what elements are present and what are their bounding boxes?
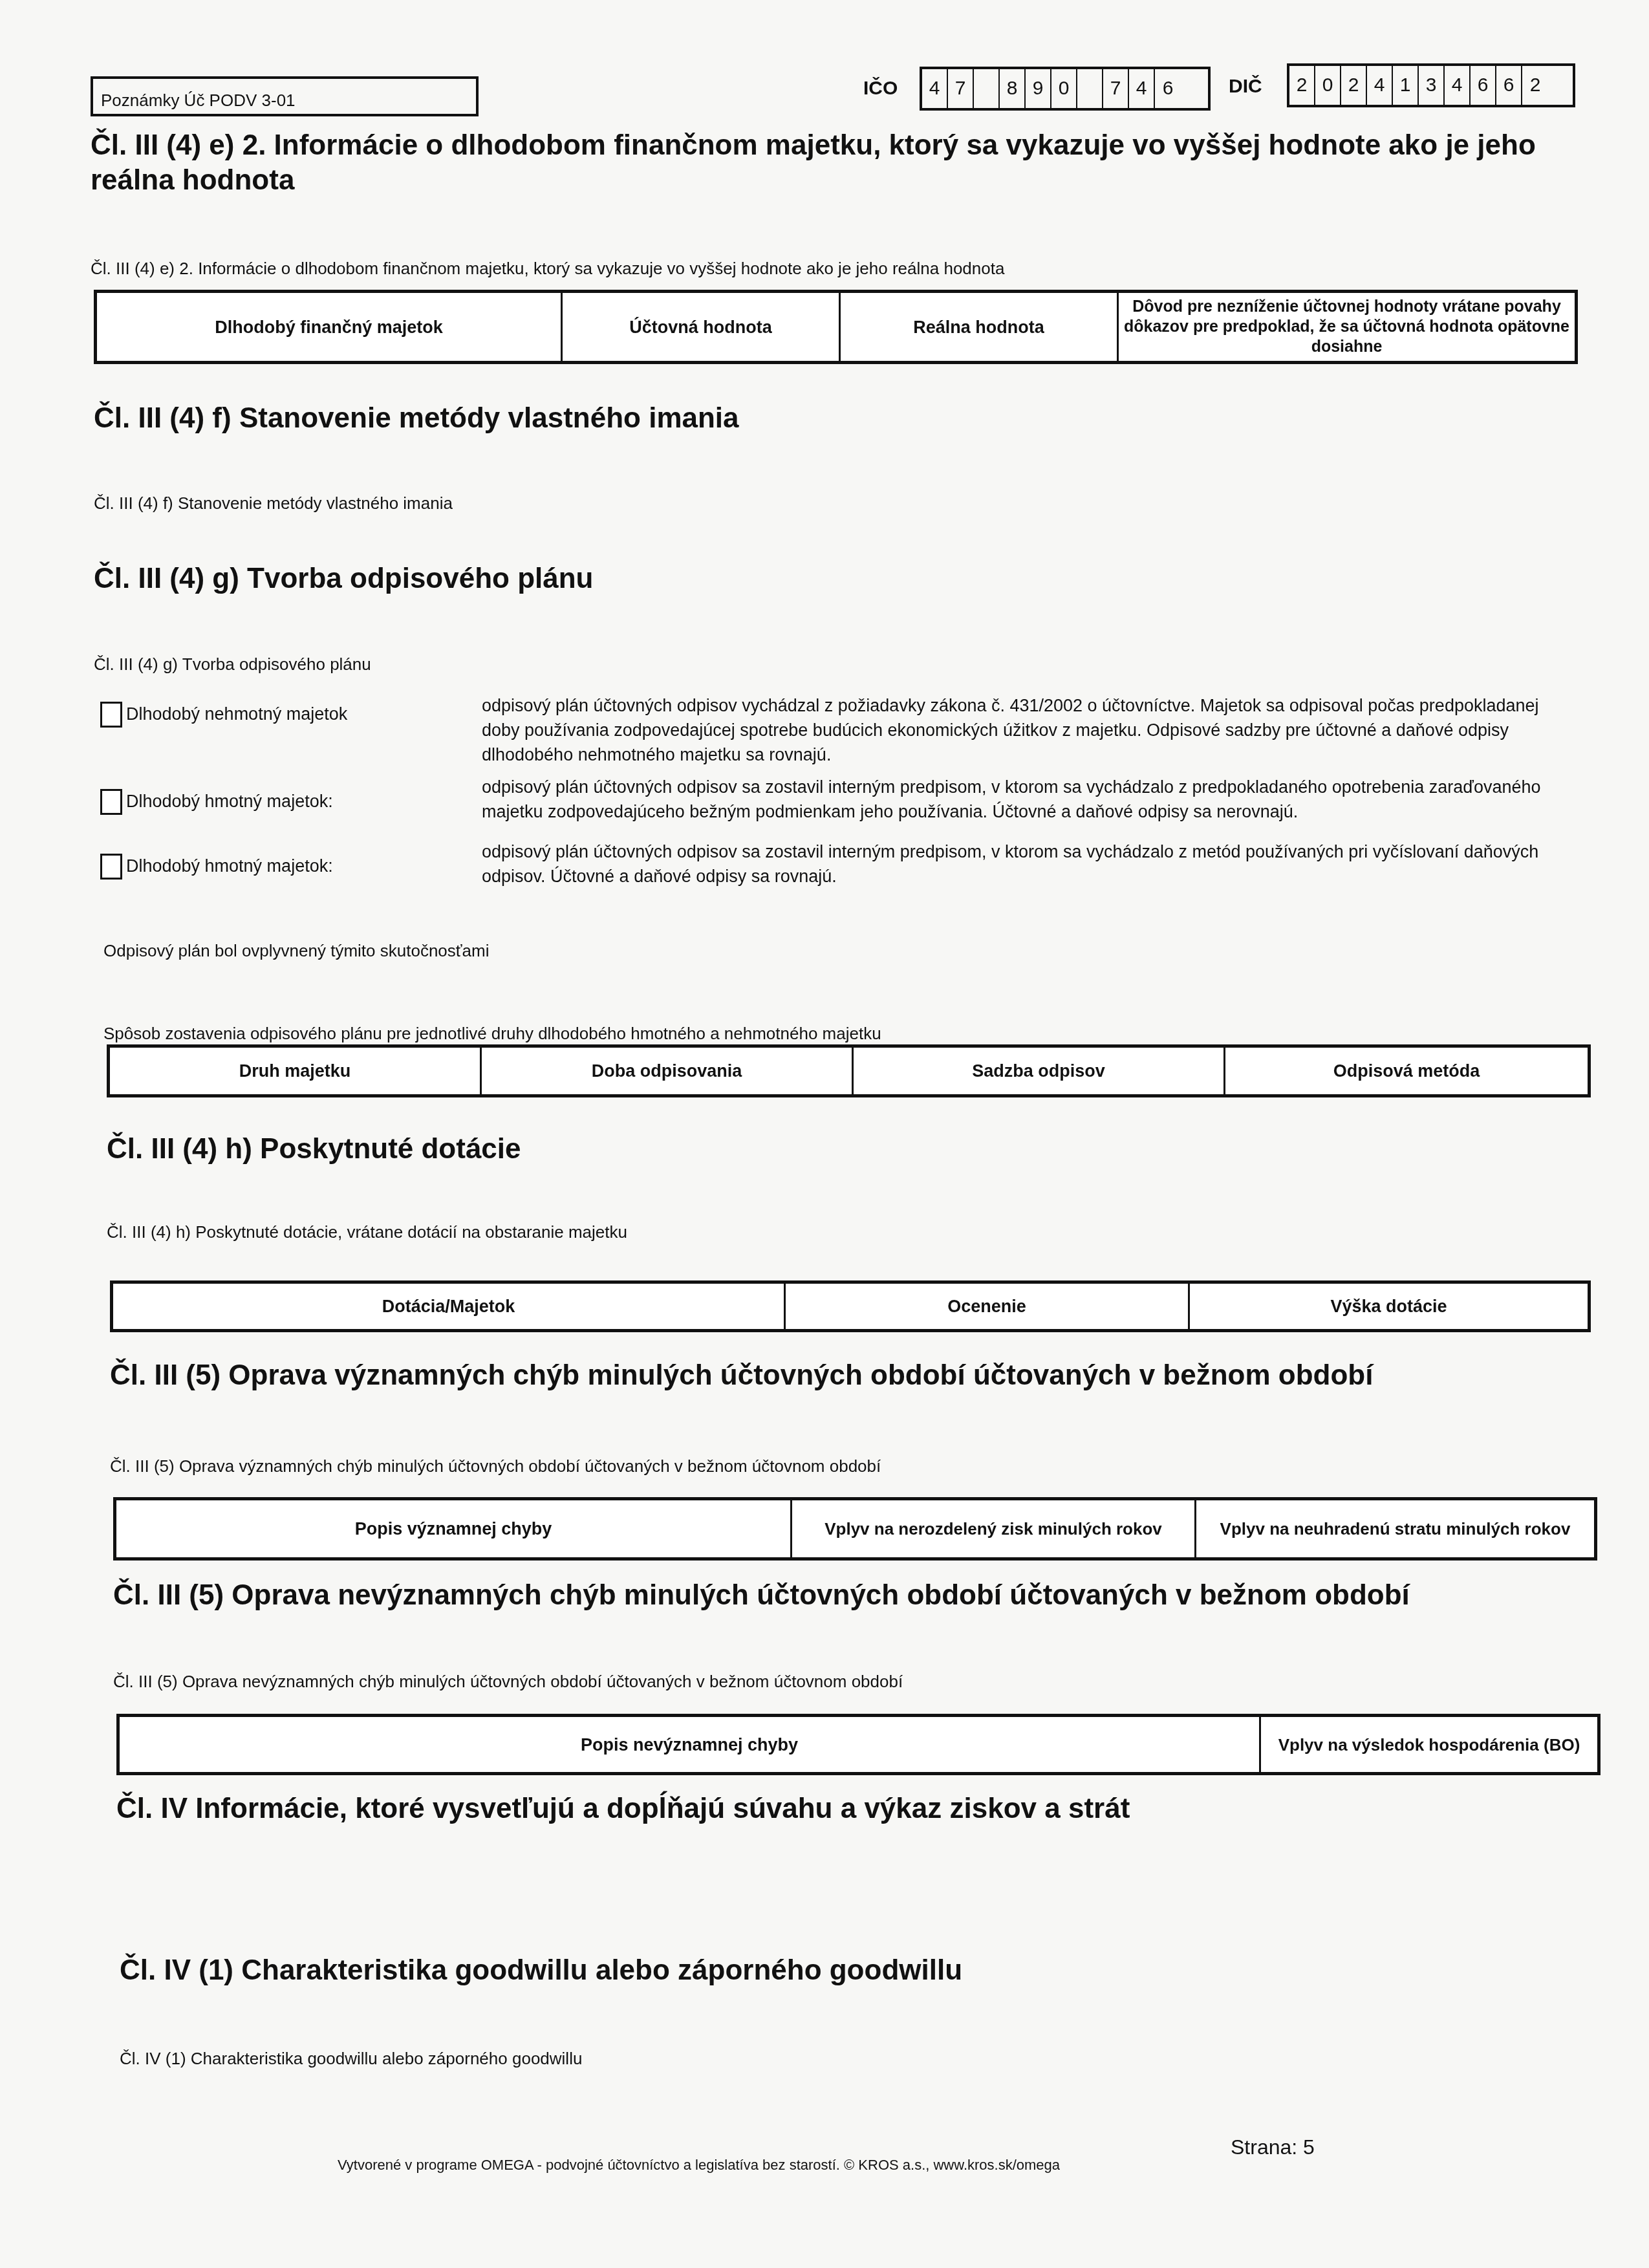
column-header: Doba odpisovania <box>482 1048 854 1094</box>
dic-label: DIČ <box>1229 76 1262 98</box>
section-title-significant-errors: Čl. III (5) Oprava významných chýb minul… <box>110 1358 1597 1393</box>
ico-digit: 0 <box>1051 69 1077 108</box>
ico-digit: 7 <box>1103 69 1129 108</box>
section-title-iv1: Čl. IV (1) Charakteristika goodwillu ale… <box>120 1953 962 1988</box>
dic-digit: 6 <box>1471 66 1496 105</box>
ico-digit: 8 <box>1000 69 1026 108</box>
checkbox-label: Dlhodobý nehmotný majetok <box>126 702 347 724</box>
dic-digit: 1 <box>1393 66 1419 105</box>
checkbox-label: Dlhodobý hmotný majetok: <box>126 789 333 812</box>
column-header: Vplyv na neuhradenú stratu minulých roko… <box>1196 1500 1594 1557</box>
table-g-header: Druh majetku Doba odpisovania Sadzba odp… <box>107 1044 1591 1097</box>
depreciation-option-tangible-2[interactable]: Dlhodobý hmotný majetok: <box>100 854 333 880</box>
dic-digit: 0 <box>1315 66 1341 105</box>
ico-digit: 4 <box>1129 69 1155 108</box>
page-number: Strana: 5 <box>1231 2135 1315 2159</box>
depreciation-text: odpisový plán účtovných odpisov sa zosta… <box>482 839 1542 889</box>
section-caption-insignificant-errors: Čl. III (5) Oprava nevýznamných chýb min… <box>113 1672 903 1692</box>
section-caption-f: Čl. III (4) f) Stanovenie metódy vlastné… <box>94 493 453 513</box>
column-header: Vplyv na výsledok hospodárenia (BO) <box>1261 1717 1597 1772</box>
section-caption-e2: Čl. III (4) e) 2. Informácie o dlhodobom… <box>91 259 1004 279</box>
depreciation-text: odpisový plán účtovných odpisov sa zosta… <box>482 775 1542 824</box>
column-header: Dlhodobý finančný majetok <box>97 293 563 361</box>
dic-digit: 6 <box>1496 66 1522 105</box>
dic-field[interactable]: 2 0 2 4 1 3 4 6 6 2 <box>1287 63 1575 107</box>
column-header: Dôvod pre nezníženie účtovnej hodnoty vr… <box>1119 293 1575 361</box>
depreciation-option-tangible-1[interactable]: Dlhodobý hmotný majetok: <box>100 789 333 815</box>
checkbox[interactable] <box>100 854 122 880</box>
ico-digit: 9 <box>1026 69 1051 108</box>
ico-label: IČO <box>863 78 898 100</box>
dic-digit: 4 <box>1445 66 1471 105</box>
section-caption-h: Čl. III (4) h) Poskytnuté dotácie, vráta… <box>107 1222 627 1242</box>
influenced-label: Odpisový plán bol ovplyvnený týmito skut… <box>103 941 489 961</box>
section-title-g: Čl. III (4) g) Tvorba odpisového plánu <box>94 561 593 596</box>
column-header: Sadzba odpisov <box>854 1048 1225 1094</box>
ico-digit: 7 <box>948 69 974 108</box>
ico-digit: 6 <box>1155 69 1181 108</box>
column-header: Reálna hodnota <box>841 293 1119 361</box>
section-caption-significant-errors: Čl. III (5) Oprava významných chýb minul… <box>110 1456 881 1476</box>
form-code-box: Poznámky Úč PODV 3-01 <box>91 76 479 116</box>
section-caption-iv1: Čl. IV (1) Charakteristika goodwillu ale… <box>120 2049 582 2069</box>
section-title-e2: Čl. III (4) e) 2. Informácie o dlhodobom… <box>91 128 1584 198</box>
column-header: Dotácia/Majetok <box>113 1284 786 1329</box>
dic-digit: 4 <box>1367 66 1393 105</box>
column-header: Druh majetku <box>110 1048 482 1094</box>
depreciation-option-intangible[interactable]: Dlhodobý nehmotný majetok <box>100 702 347 728</box>
form-code: Poznámky Úč PODV 3-01 <box>101 91 296 110</box>
checkbox[interactable] <box>100 789 122 815</box>
column-header: Popis významnej chyby <box>116 1500 792 1557</box>
table-significant-errors-header: Popis významnej chyby Vplyv na nerozdele… <box>113 1497 1597 1561</box>
column-header: Vplyv na nerozdelený zisk minulých rokov <box>792 1500 1196 1557</box>
section-title-h: Čl. III (4) h) Poskytnuté dotácie <box>107 1132 521 1167</box>
section-title-f: Čl. III (4) f) Stanovenie metódy vlastné… <box>94 401 739 436</box>
dic-digit: 2 <box>1522 66 1548 105</box>
dic-digit: 3 <box>1419 66 1445 105</box>
column-header: Účtovná hodnota <box>563 293 841 361</box>
footer-credit: Vytvorené v programe OMEGA - podvojné úč… <box>338 2157 1060 2174</box>
method-caption: Spôsob zostavenia odpisového plánu pre j… <box>103 1024 881 1044</box>
ico-digit <box>1077 69 1103 108</box>
column-header: Ocenenie <box>786 1284 1190 1329</box>
column-header: Odpisová metóda <box>1225 1048 1588 1094</box>
depreciation-text: odpisový plán účtovných odpisov vychádza… <box>482 693 1542 767</box>
table-e2-header: Dlhodobý finančný majetok Účtovná hodnot… <box>94 290 1578 364</box>
ico-digit <box>974 69 1000 108</box>
ico-field[interactable]: 4 7 8 9 0 7 4 6 <box>920 67 1211 111</box>
checkbox[interactable] <box>100 702 122 728</box>
table-insignificant-errors-header: Popis nevýznamnej chyby Vplyv na výsledo… <box>116 1714 1600 1775</box>
column-header: Popis nevýznamnej chyby <box>120 1717 1261 1772</box>
section-title-iv: Čl. IV Informácie, ktoré vysvetľujú a do… <box>116 1791 1130 1826</box>
section-title-insignificant-errors: Čl. III (5) Oprava nevýznamných chýb min… <box>113 1578 1620 1613</box>
section-caption-g: Čl. III (4) g) Tvorba odpisového plánu <box>94 654 371 675</box>
dic-digit: 2 <box>1289 66 1315 105</box>
dic-digit: 2 <box>1341 66 1367 105</box>
checkbox-label: Dlhodobý hmotný majetok: <box>126 854 333 876</box>
table-h-header: Dotácia/Majetok Ocenenie Výška dotácie <box>110 1280 1591 1332</box>
column-header: Výška dotácie <box>1190 1284 1588 1329</box>
ico-digit: 4 <box>922 69 948 108</box>
